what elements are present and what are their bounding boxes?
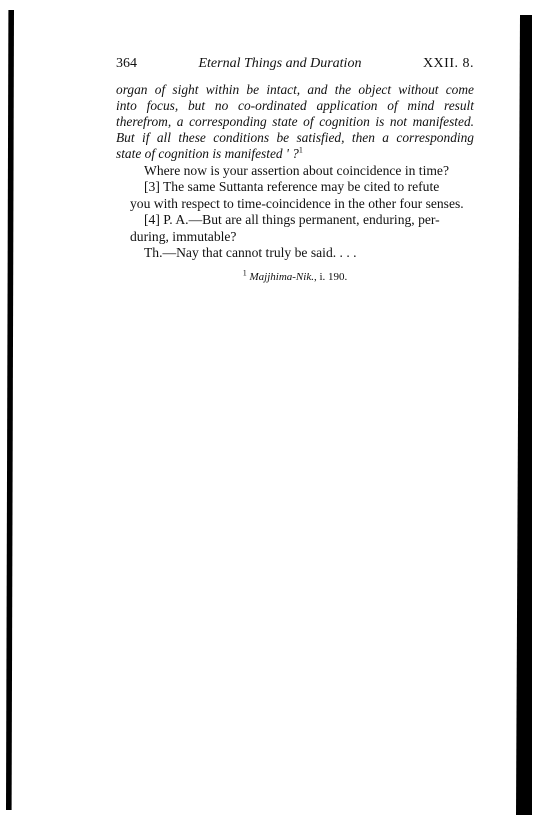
running-header: 364 Eternal Things and Duration XXII. 8. <box>116 56 474 76</box>
quote-line: into focus, but no co-ordinated applicat… <box>116 98 474 114</box>
quote-line: state of cognition is manifested ' ?1 <box>116 146 474 162</box>
footnote-marker: 1 <box>299 146 303 155</box>
scan-edge-left <box>6 10 14 810</box>
scan-edge-right <box>516 15 532 815</box>
paragraph: Th.—Nay that cannot truly be said. . . . <box>116 245 474 261</box>
quoted-passage: organ of sight within be intact, and the… <box>116 82 474 162</box>
footnote-source: Majjhima-Nik. <box>249 271 313 283</box>
footnote-ref: , i. 190. <box>314 271 347 283</box>
quote-line: organ of sight within be intact, and the… <box>116 82 474 98</box>
paragraph: [4] P. A.—But are all things permanent, … <box>116 212 474 245</box>
footnote-number: 1 <box>243 269 247 278</box>
section-number: XXII. 8. <box>423 56 474 72</box>
book-page: 364 Eternal Things and Duration XXII. 8.… <box>116 56 474 283</box>
paragraph: [3] The same Suttanta reference may be c… <box>116 179 474 212</box>
footnote: 1 Majjhima-Nik., i. 190. <box>116 271 474 283</box>
paragraph: Where now is your assertion about coinci… <box>116 163 474 179</box>
page-number: 364 <box>116 56 137 72</box>
quote-line: therefrom, a corresponding state of cogn… <box>116 114 474 130</box>
body-text: Where now is your assertion about coinci… <box>116 163 474 261</box>
running-title: Eternal Things and Duration <box>198 56 361 72</box>
quote-line: But if all these conditions be satisfied… <box>116 130 474 146</box>
